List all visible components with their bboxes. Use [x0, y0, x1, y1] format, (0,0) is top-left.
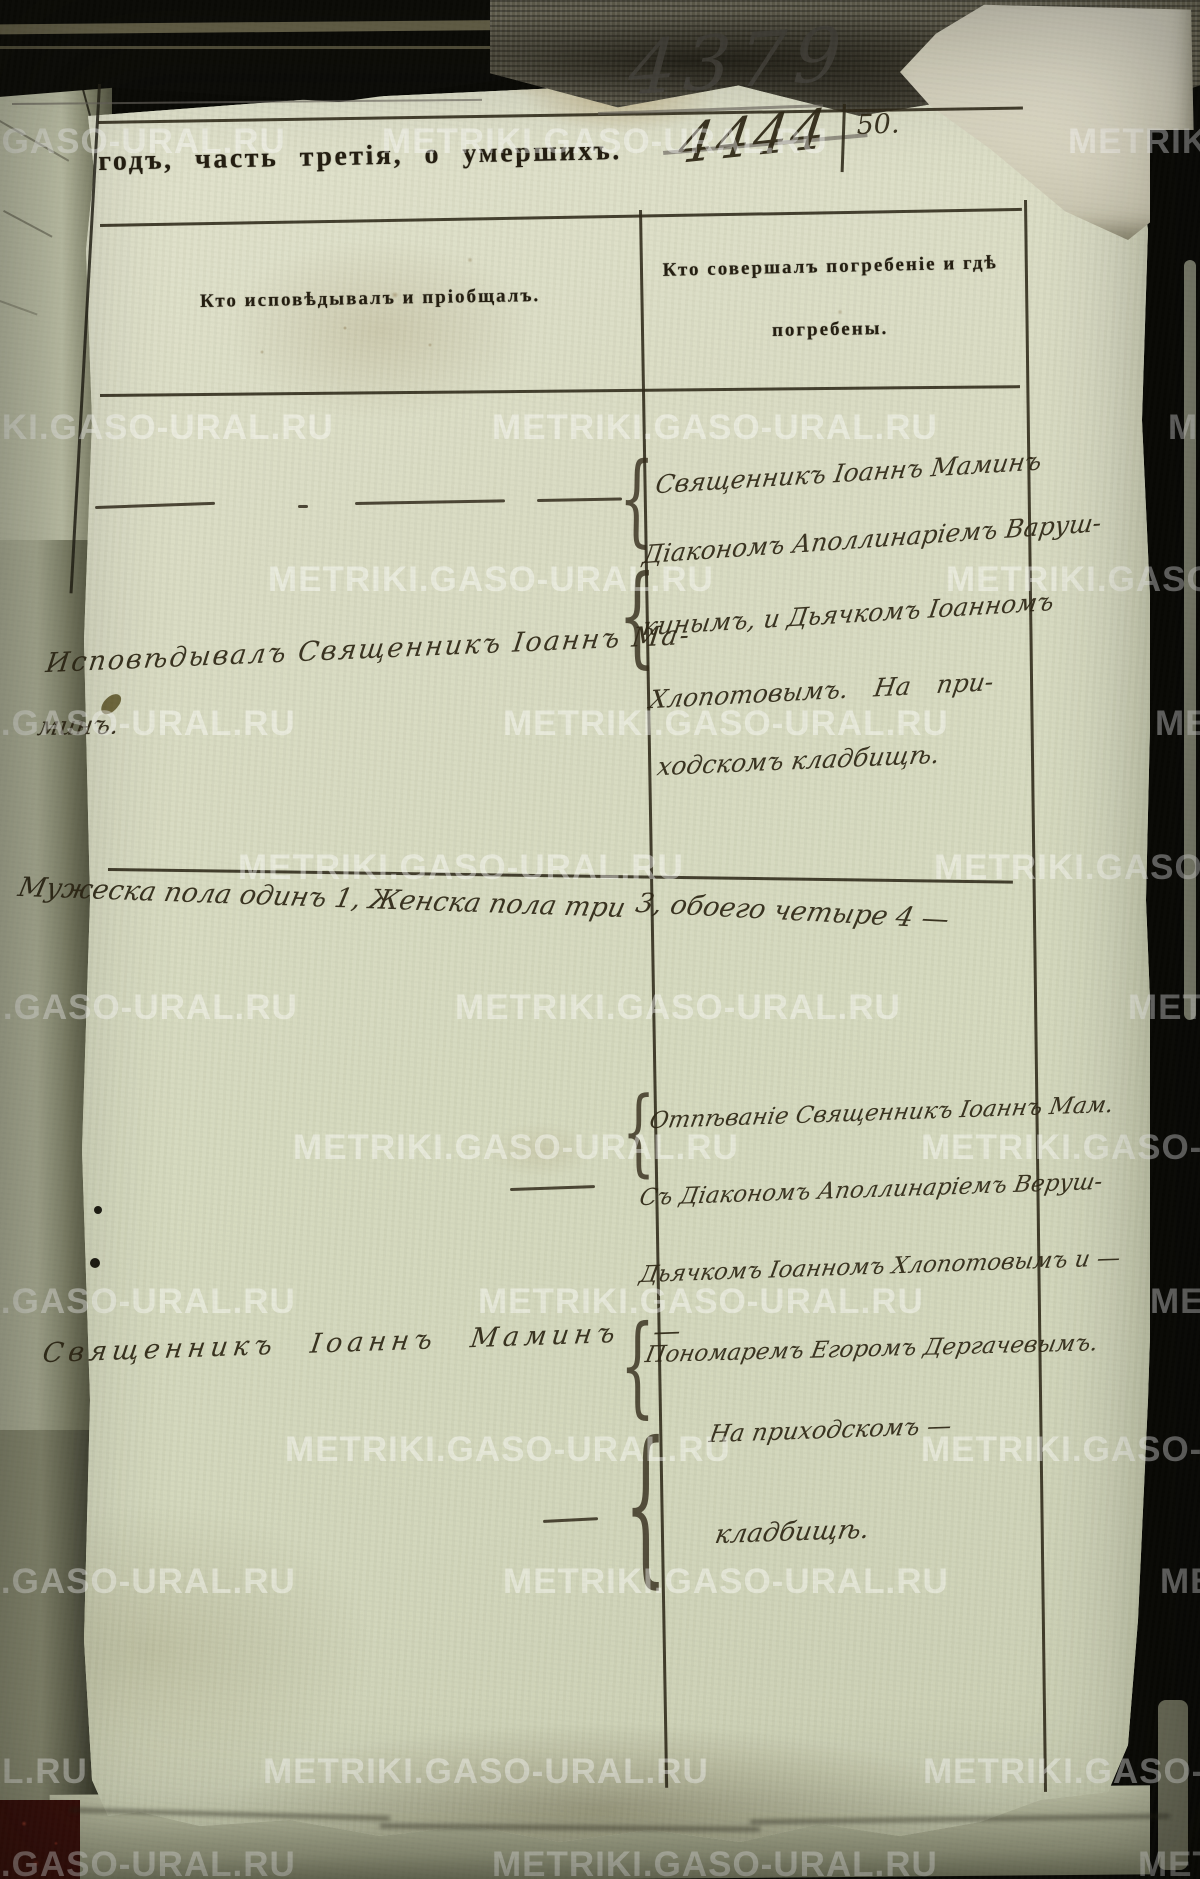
stacked-page-edge: [0, 46, 540, 49]
marbled-cover-fragment: [0, 1800, 80, 1879]
page-edge-sliver: [1184, 260, 1196, 1020]
ink-brace: {: [624, 1420, 667, 1590]
folio-number: 50.: [856, 109, 900, 141]
worm-hole: [94, 1206, 102, 1214]
archival-scan-scene: годъ, часть третія, о умершихъ. Кто испо…: [0, 0, 1200, 1879]
page-sheet: [0, 0, 1200, 1879]
worm-hole: [90, 1258, 100, 1268]
confession-entry-line: минъ.: [35, 711, 121, 743]
burial-entry-line: кладбищѣ.: [713, 1515, 872, 1551]
book-gutter-shadow: [0, 0, 565, 102]
ink-dash: [298, 505, 308, 508]
page-edge-sliver: [1158, 1700, 1188, 1870]
ink-brace: {: [618, 448, 655, 550]
